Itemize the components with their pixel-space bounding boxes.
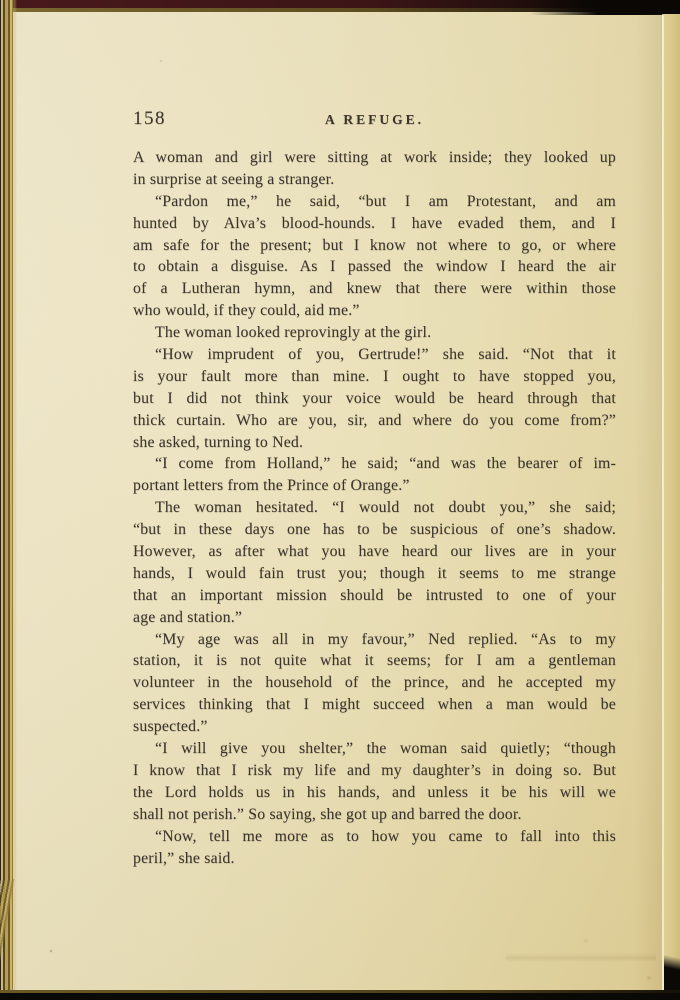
text-line: hunted by Alva’s blood-hounds. I have ev… xyxy=(133,213,616,235)
fold-shadow xyxy=(506,953,656,962)
text-line: “Now, tell me more as to how you came to… xyxy=(133,826,616,848)
text-line: “but in these days one has to be suspici… xyxy=(133,519,616,541)
text-line: volunteer in the household of the prince… xyxy=(133,672,616,694)
text-line: “Pardon me,” he said, “but I am Protesta… xyxy=(133,191,616,213)
book-edge-left xyxy=(0,0,17,1000)
text-line: who would, if they could, aid me.” xyxy=(133,300,616,322)
text-line: “I come from Holland,” he said; “and was… xyxy=(133,453,616,475)
text-line: that an important mission should be intr… xyxy=(133,585,616,607)
text-line: “I will give you shelter,” the woman sai… xyxy=(133,738,616,760)
text-line: but I did not think your voice would be … xyxy=(133,388,616,410)
text-line: in surprise at seeing a stranger. xyxy=(133,169,616,191)
text-line: hands, I would fain trust you; though it… xyxy=(133,563,616,585)
text-line: peril,” she said. xyxy=(133,848,616,870)
text-line: of a Lutheran hymn, and knew that there … xyxy=(133,278,616,300)
text-line: am safe for the present; but I know not … xyxy=(133,235,616,257)
text-line: “My age was all in my favour,” Ned repli… xyxy=(133,629,616,651)
text-line: portant letters from the Prince of Orang… xyxy=(133,475,616,497)
text-line: suspected.” xyxy=(133,716,616,738)
book-edge-bottom xyxy=(0,993,680,1000)
running-header: A REFUGE. xyxy=(133,112,616,128)
page-curl-right xyxy=(664,14,680,990)
text-line: “How imprudent of you, Gertrude!” she sa… xyxy=(133,344,616,366)
text-line: thick curtain. Who are you, sir, and whe… xyxy=(133,410,616,432)
book-scan: 158 A REFUGE. A woman and girl were sitt… xyxy=(0,0,680,1000)
text-line: to obtain a disguise. As I passed the wi… xyxy=(133,256,616,278)
text-line: she asked, turning to Ned. xyxy=(133,432,616,454)
text-line: services thinking that I might succeed w… xyxy=(133,694,616,716)
text-line: the Lord holds us in his hands, and unle… xyxy=(133,782,616,804)
text-line: The woman looked reprovingly at the girl… xyxy=(133,322,616,344)
text-line: station, it is not quite what it seems; … xyxy=(133,650,616,672)
body-text: A woman and girl were sitting at work in… xyxy=(133,147,616,869)
text-line: The woman hesitated. “I would not doubt … xyxy=(133,497,616,519)
scan-specks xyxy=(0,0,2,2)
corner-shadow-top-right xyxy=(530,0,680,15)
text-line: is your fault more than mine. I ought to… xyxy=(133,366,616,388)
text-line: age and station.” xyxy=(133,607,616,629)
text-line: A woman and girl were sitting at work in… xyxy=(133,147,616,169)
text-line: I know that I risk my life and my daught… xyxy=(133,760,616,782)
page-crease-shade xyxy=(634,14,662,990)
text-line: shall not perish.” So saying, she got up… xyxy=(133,804,616,826)
text-line: However, as after what you have heard ou… xyxy=(133,541,616,563)
